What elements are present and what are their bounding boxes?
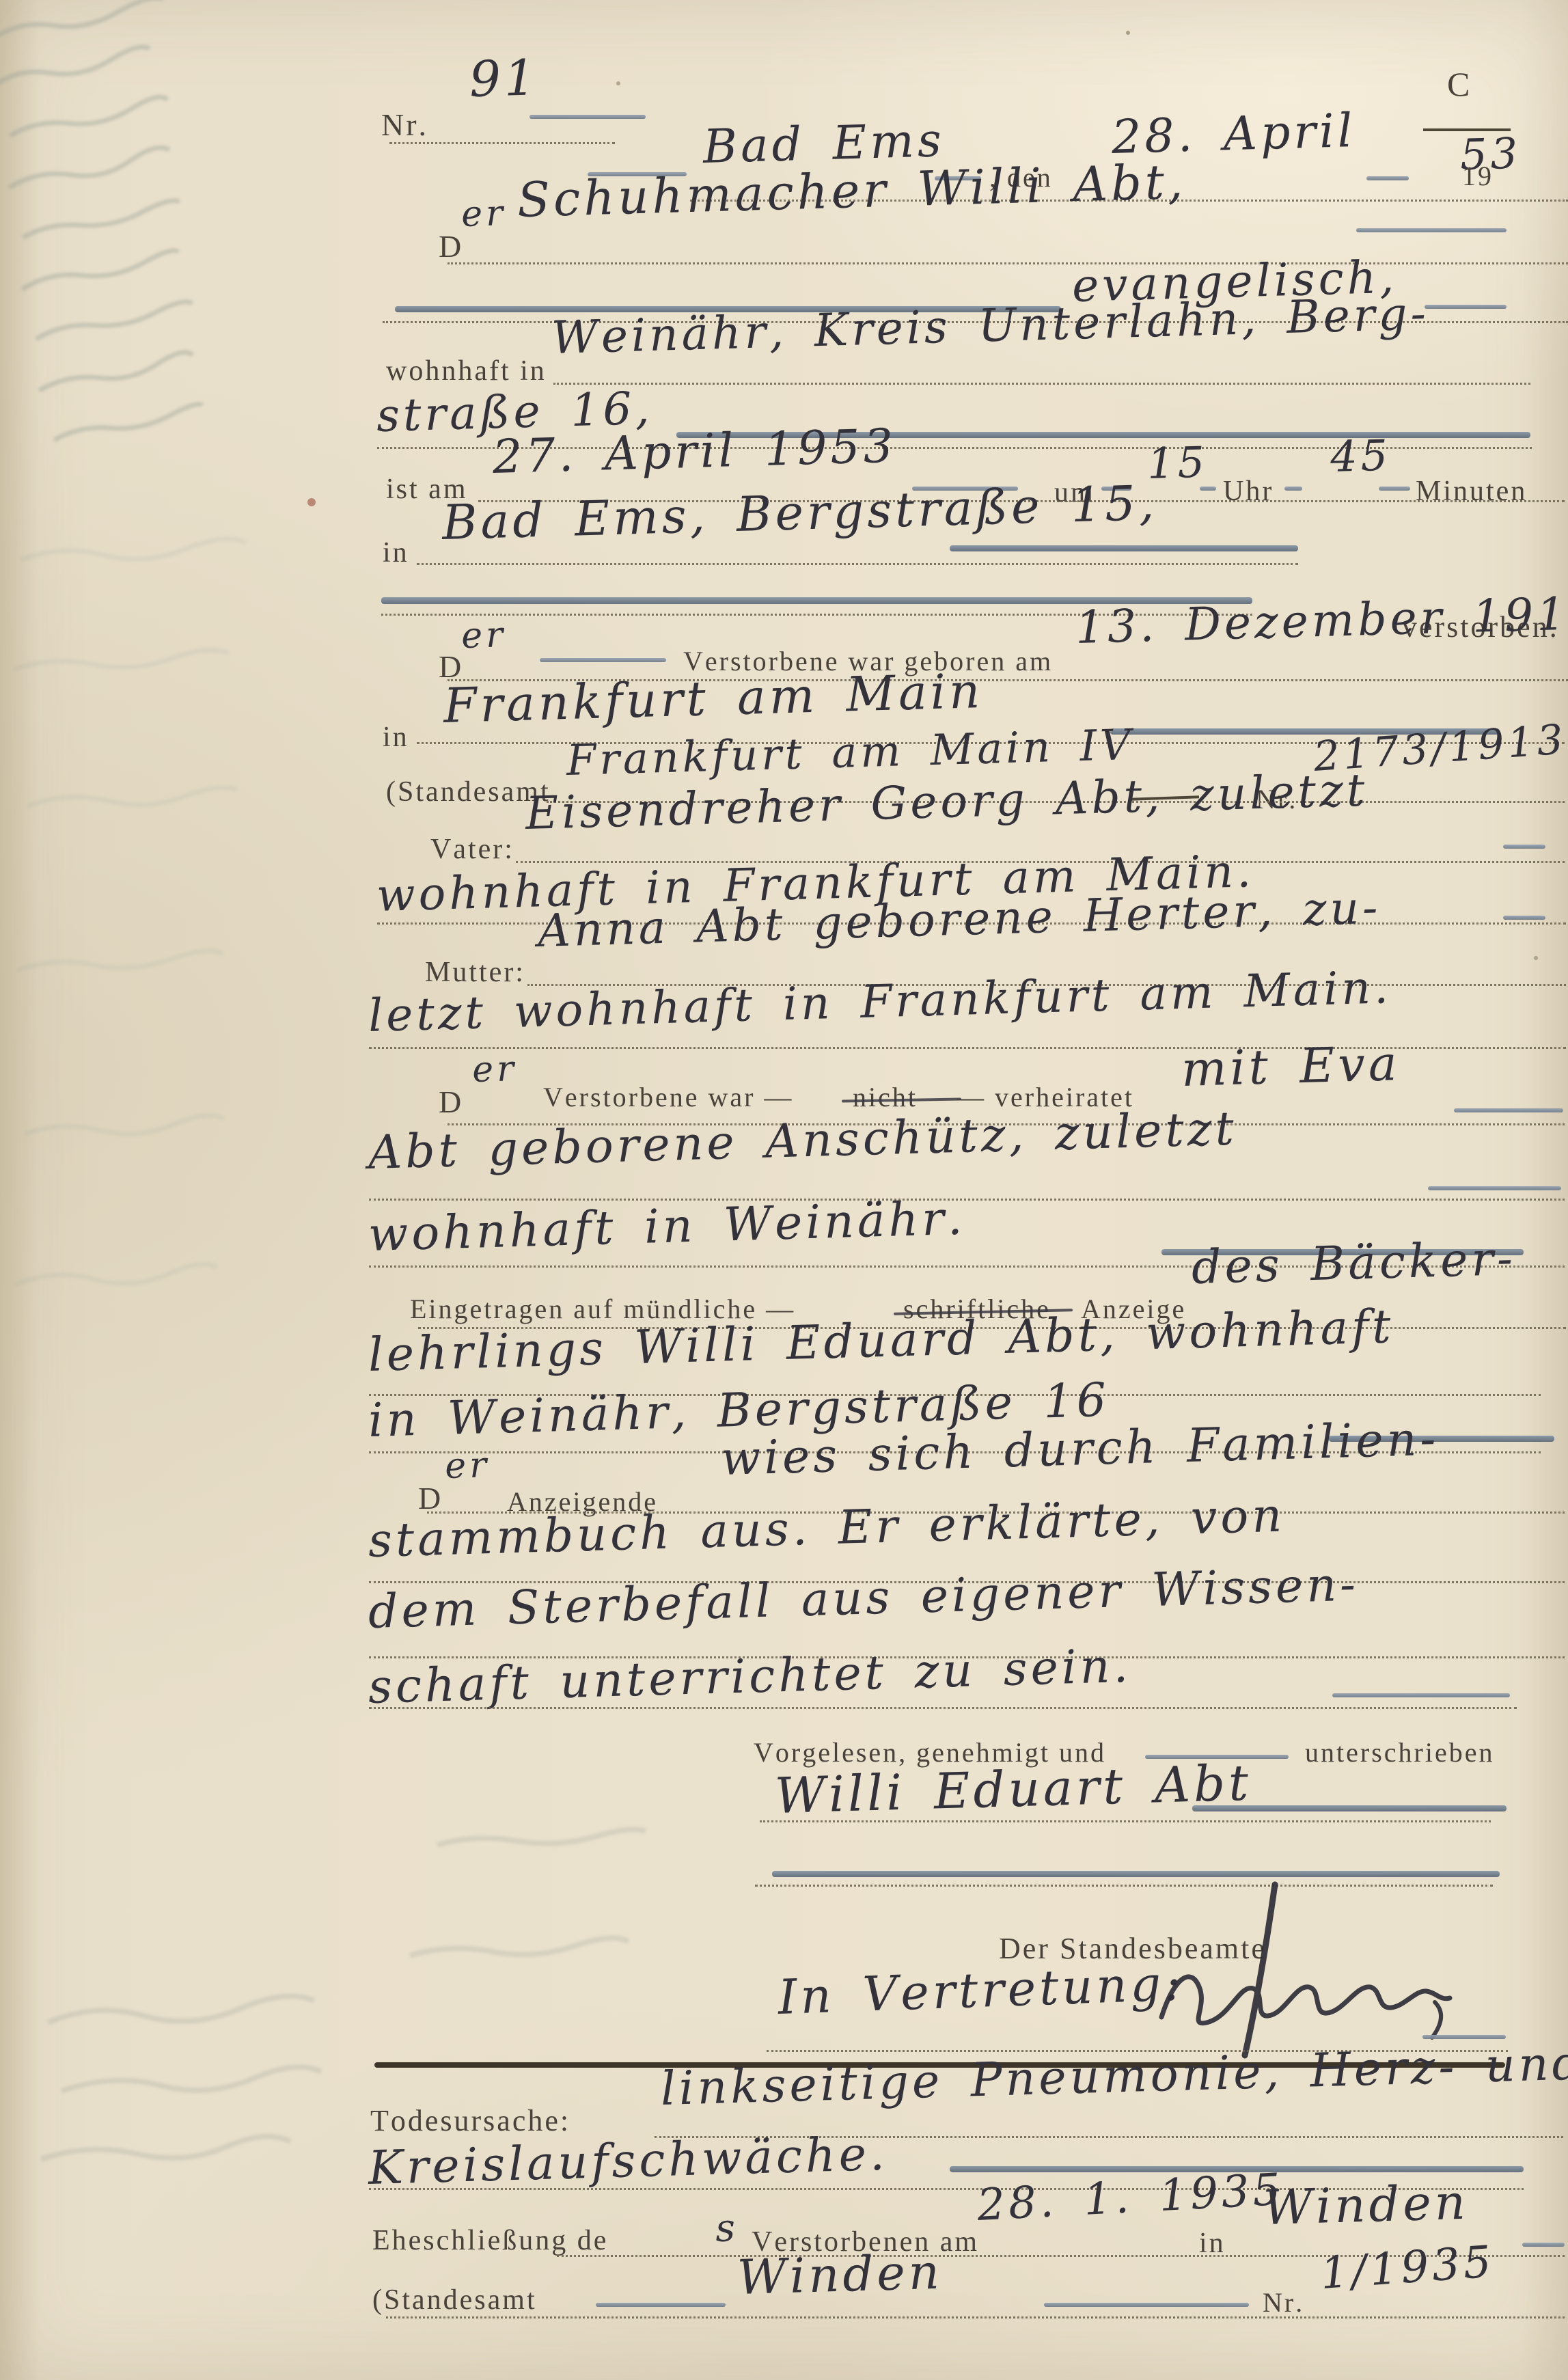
article-er-handwritten: er — [461, 195, 507, 232]
closure-line — [950, 545, 1298, 551]
record-number-label: Nr. — [381, 109, 428, 141]
article-er-handwritten: er — [472, 1051, 518, 1088]
dotted-line — [386, 2316, 1565, 2319]
closure-dash — [1200, 487, 1216, 491]
closure-dash — [540, 658, 666, 662]
article-d-printed: D — [439, 1086, 463, 1118]
death-date-value: 27. April 1953 — [492, 424, 897, 481]
year-prefix-label: 19 — [1462, 163, 1494, 190]
occupation-and-name-value: Schuhmacher Willi Abt, — [517, 158, 1187, 224]
spouse-line2-value: Abt geborene Anschütz, zuletzt — [368, 1106, 1238, 1177]
article-d-printed: D — [439, 231, 463, 262]
declaration-line3-value: dem Sterbefall aus eigener Wissen- — [368, 1562, 1360, 1636]
informant-line1-value: des Bäcker- — [1191, 1236, 1517, 1291]
dotted-line — [389, 142, 615, 144]
birth-date-value: 13. Dezember 1913 — [1075, 591, 1568, 651]
dotted-line — [755, 1885, 1493, 1887]
declaration-line2-value: stammbuch aus. Er erklärte, von — [368, 1493, 1286, 1565]
dotted-line — [369, 1707, 1517, 1709]
closure-dash — [1379, 487, 1410, 491]
declaration-line4-value: schaft unterrichtet zu sein. — [368, 1643, 1132, 1711]
dotted-line — [448, 262, 1568, 264]
article-d-printed: D — [418, 1483, 443, 1514]
closure-dash — [1044, 2303, 1249, 2307]
record-date-value: 28. April — [1111, 108, 1356, 161]
closure-dash — [1454, 1108, 1563, 1112]
spouse-line3-value: wohnhaft in Weinähr. — [368, 1196, 966, 1259]
closure-dash — [596, 2303, 726, 2307]
was-married-label-part1: Verstorbene war — — [543, 1084, 793, 1111]
closure-dash — [1503, 916, 1545, 920]
closure-dash — [1356, 228, 1507, 232]
registry-mark-numerator: C — [1447, 67, 1472, 101]
des-s-handwritten: s — [715, 2209, 739, 2248]
nicht-label: nicht — [853, 1084, 918, 1111]
closure-dash — [1366, 176, 1409, 180]
residence-line1-value: Weinähr, Kreis Unterlahn, Berg- — [551, 291, 1429, 361]
in-label: in — [383, 723, 409, 752]
closure-dash — [1522, 2243, 1565, 2247]
dotted-line — [417, 563, 1298, 565]
marriage-date-value: 28. 1. 1935 — [976, 2168, 1285, 2228]
closure-dash — [1425, 305, 1507, 309]
cause-line2-value: Kreislaufschwäche. — [368, 2131, 888, 2192]
closure-line — [1192, 1805, 1507, 1811]
marriage-registry-number-value: 1/1935 — [1319, 2240, 1496, 2296]
empty-signature-line — [772, 1871, 1500, 1877]
dotted-line — [553, 383, 1530, 385]
todesursache-label: Todesursache: — [370, 2106, 570, 2136]
dotted-line — [369, 1199, 1565, 1201]
in-vertretung-value: In Vertretung: — [778, 1959, 1185, 2021]
eheschliessung-label-part1: Eheschließung de — [372, 2226, 608, 2255]
record-number-value: 91 — [469, 53, 540, 104]
unterschrieben-label: unterschrieben — [1305, 1739, 1494, 1766]
in-label: in — [383, 538, 409, 567]
death-minute-value: 45 — [1330, 435, 1392, 478]
standesamt-label: (Standesamt — [372, 2286, 537, 2314]
birth-place-value: Frankfurt am Main — [443, 667, 984, 730]
death-register-page: Nr. 91 C 53 Bad Ems , den 28. April 19 D… — [0, 0, 1568, 2380]
marriage-place-value: Winden — [1263, 2178, 1470, 2232]
in-label: in — [1199, 2229, 1226, 2258]
residence-label: wohnhaft in — [386, 357, 547, 385]
mutter-label: Mutter: — [425, 958, 525, 987]
article-er-handwritten: er — [445, 1447, 491, 1484]
closure-dash — [1503, 845, 1545, 849]
marriage-registry-office-value: Winden — [737, 2248, 944, 2301]
dotted-line — [760, 1820, 1491, 1822]
deceased-informant-signature: Willi Eduart Abt — [774, 1758, 1252, 1820]
spouse-line1-value: mit Eva — [1181, 1039, 1401, 1093]
closure-dash — [1284, 487, 1302, 491]
article-er-handwritten: er — [461, 617, 507, 654]
closure-dash — [529, 115, 646, 119]
closure-dash — [1428, 1186, 1561, 1190]
nr-label: Nr. — [1263, 2289, 1304, 2316]
death-place-value: Bad Ems, Bergstraße 15, — [441, 479, 1158, 547]
vater-label: Vater: — [430, 835, 514, 864]
closure-dash — [1332, 1693, 1510, 1697]
